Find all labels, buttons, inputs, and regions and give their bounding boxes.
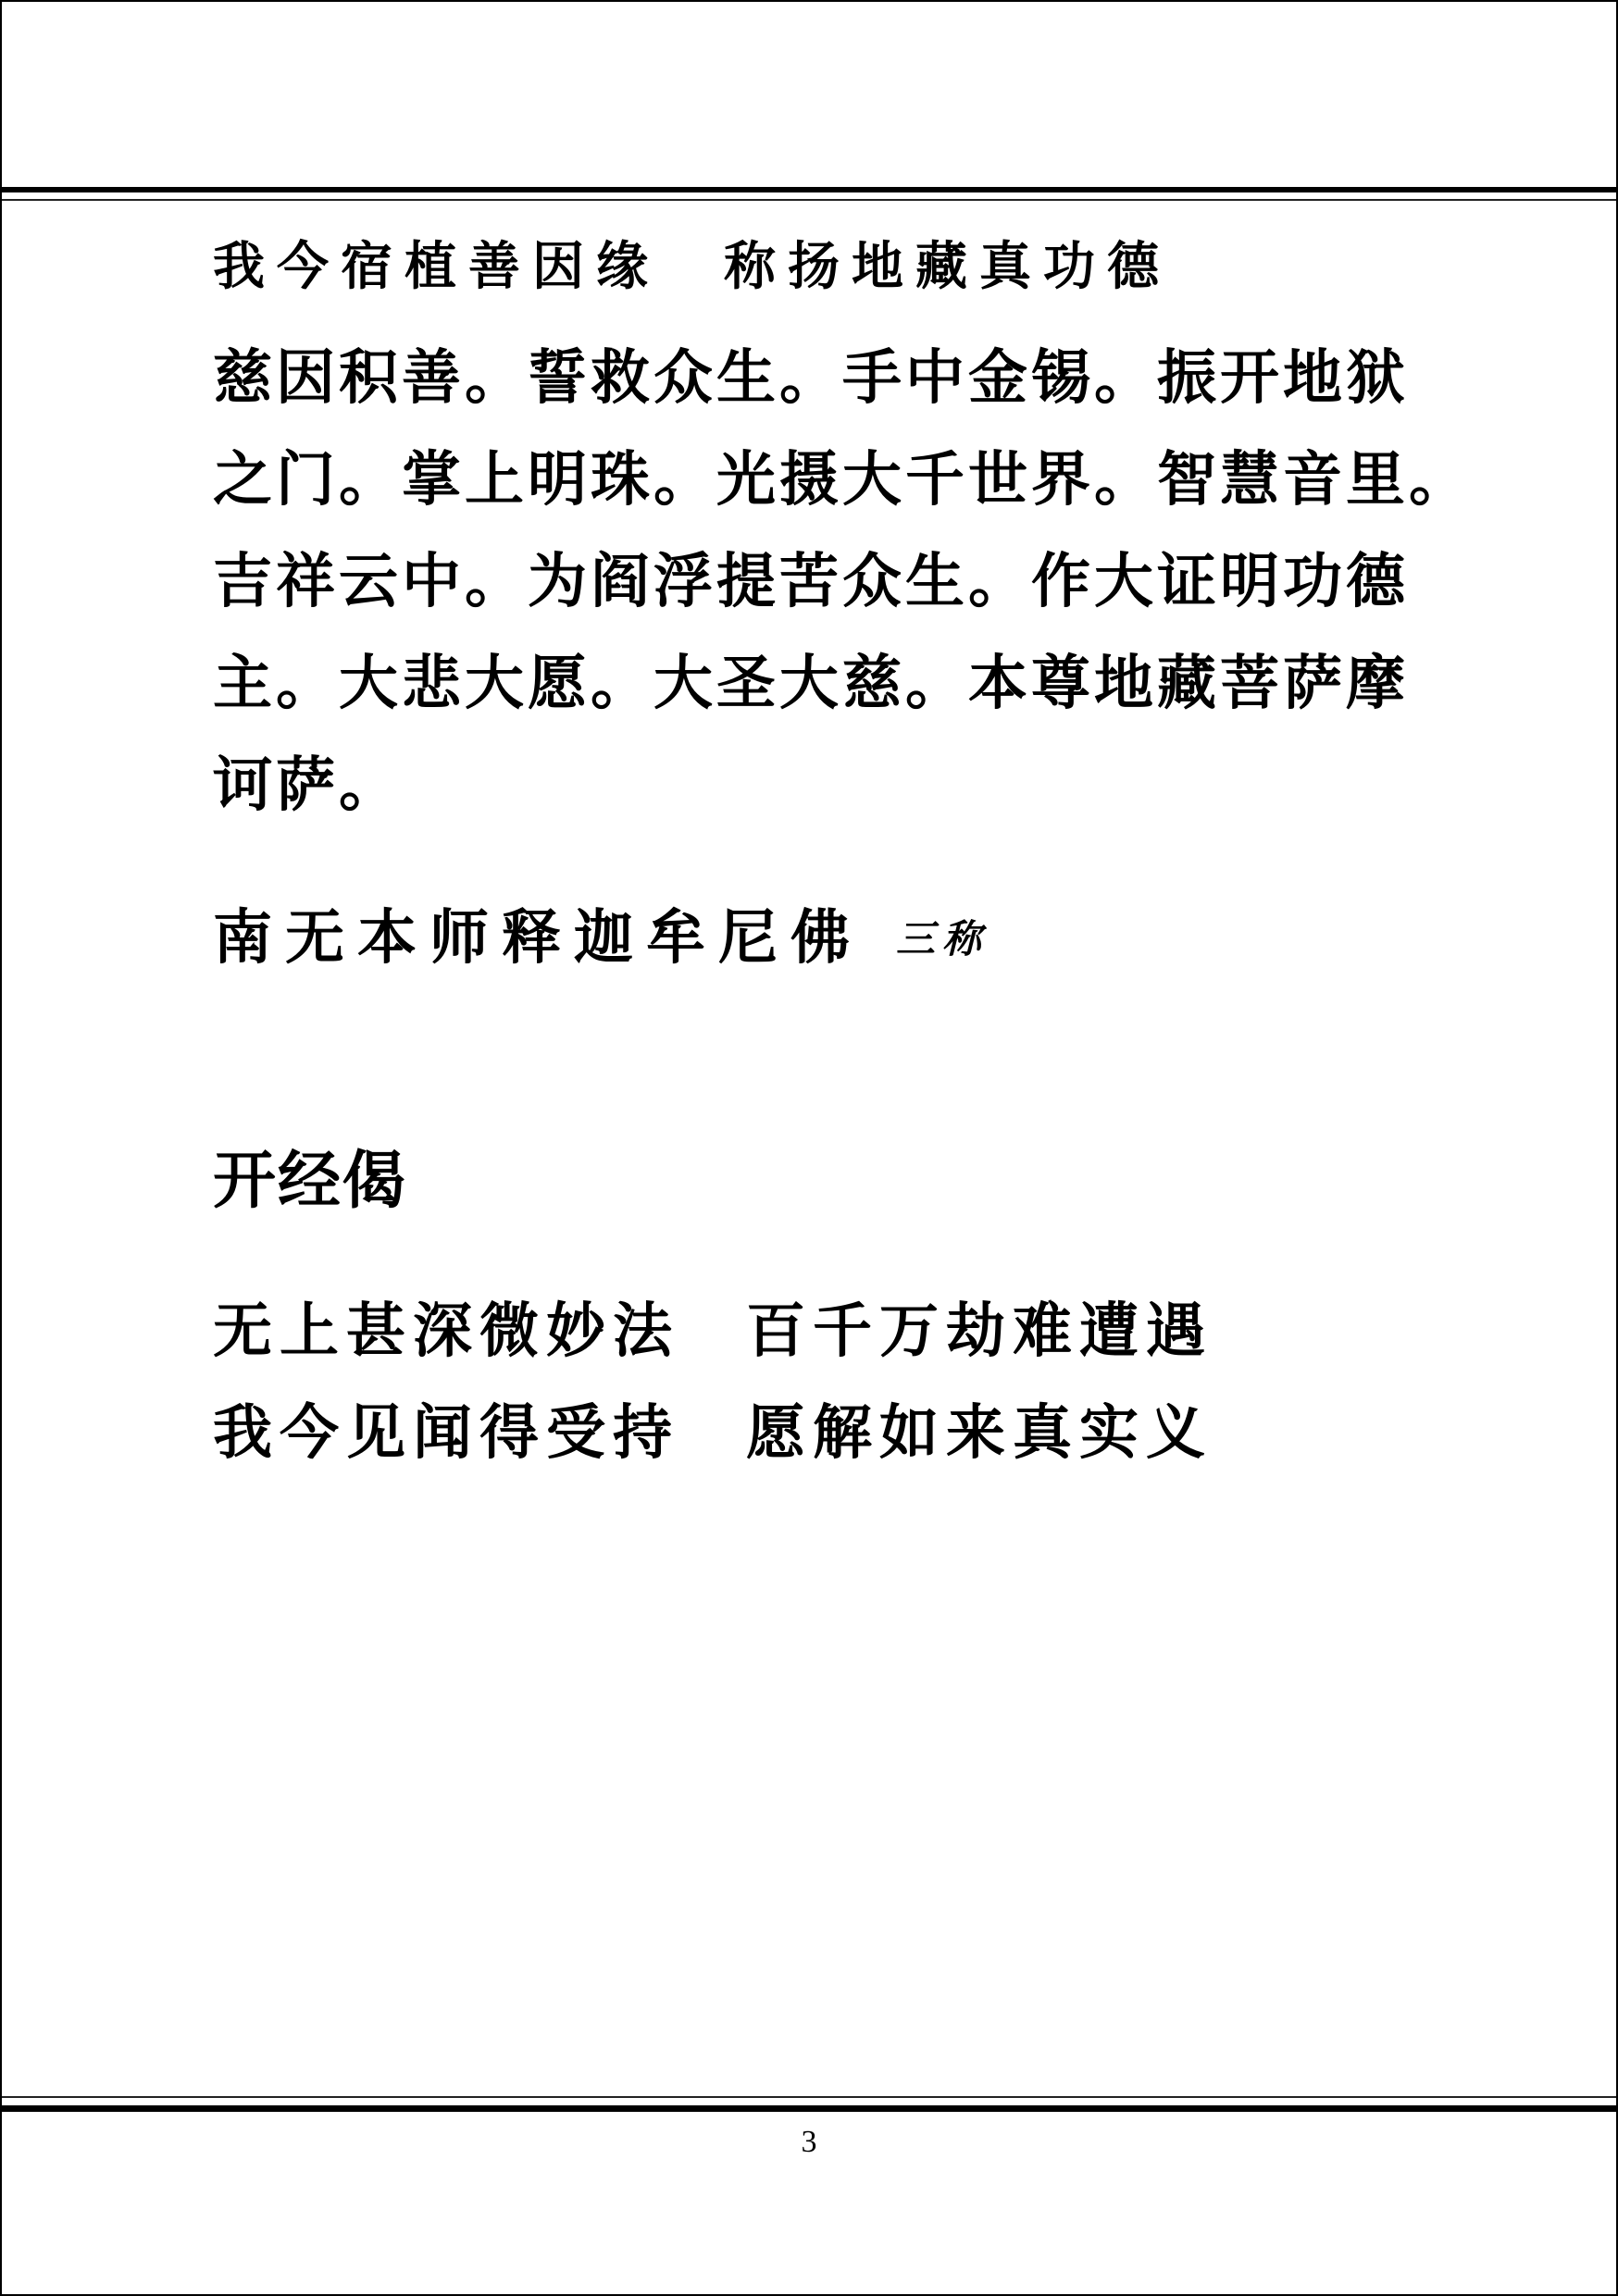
page-number: 3 bbox=[2, 2123, 1616, 2162]
praise-line: 主。大悲大愿。大圣大慈。本尊地藏菩萨摩 bbox=[213, 633, 1472, 735]
section-heading: 开经偈 bbox=[213, 1146, 407, 1216]
opening-gatha: 无上甚深微妙法 百千万劫难遭遇 我今见闻得受持 愿解如来真实义 bbox=[213, 1281, 1213, 1484]
praise-line: 之门。掌上明珠。光摄大千世界。智慧音里。 bbox=[213, 429, 1472, 531]
homage-line: 南无本师释迦牟尼佛三称 bbox=[213, 901, 989, 983]
praise-line: 诃萨。 bbox=[213, 735, 1472, 837]
opening-verse-line: 我今宿植善因缘 称扬地藏真功德 bbox=[213, 238, 1171, 297]
top-border-thick-rule bbox=[2, 187, 1616, 192]
bottom-border-thin-rule bbox=[2, 2096, 1616, 2098]
scripture-page: 我今宿植善因缘 称扬地藏真功德 慈因积善。誓救众生。手中金锡。振开地狱 之门。掌… bbox=[0, 0, 1618, 2296]
praise-line: 吉祥云中。为阎浮提苦众生。作大证明功德 bbox=[213, 531, 1472, 633]
homage-repeat-note: 三称 bbox=[896, 903, 989, 977]
gatha-line: 我今见闻得受持 愿解如来真实义 bbox=[213, 1383, 1213, 1484]
praise-line: 慈因积善。誓救众生。手中金锡。振开地狱 bbox=[213, 328, 1472, 429]
praise-paragraph: 慈因积善。誓救众生。手中金锡。振开地狱 之门。掌上明珠。光摄大千世界。智慧音里。… bbox=[213, 328, 1472, 837]
homage-text: 南无本师释迦牟尼佛 bbox=[213, 905, 863, 971]
top-border-thin-rule bbox=[2, 199, 1616, 201]
gatha-line: 无上甚深微妙法 百千万劫难遭遇 bbox=[213, 1281, 1213, 1383]
bottom-border-thick-rule bbox=[2, 2105, 1616, 2112]
